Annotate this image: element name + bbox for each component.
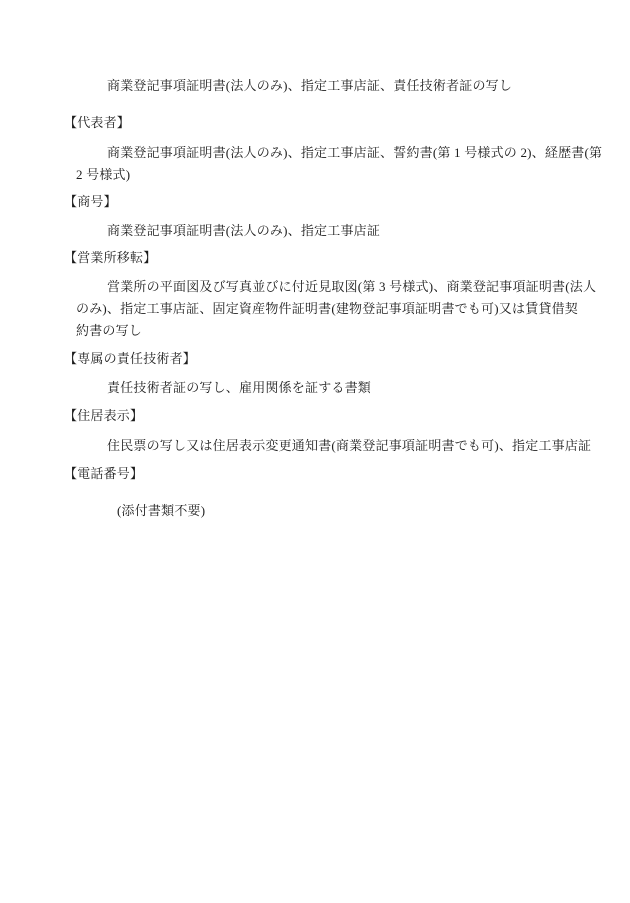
doc-line-body: 商業登記事項証明書(法人のみ)、指定工事店証	[64, 220, 590, 242]
doc-line-note: (添付書類不要)	[64, 500, 590, 522]
doc-line-body: 2 号様式)	[64, 164, 590, 186]
doc-line-body: のみ)、指定工事店証、固定資産物件証明書(建物登記事項証明書でも可)又は賃貸借契	[64, 298, 590, 320]
doc-heading: 【代表者】	[64, 112, 590, 134]
doc-line-body: 住民票の写し又は住居表示変更通知書(商業登記事項証明書でも可)、指定工事店証	[64, 435, 590, 457]
doc-heading: 【住居表示】	[64, 405, 590, 427]
document-page: 商業登記事項証明書(法人のみ)、指定工事店証、責任技術者証の写し 【代表者】 商…	[0, 0, 630, 903]
doc-line-body: 商業登記事項証明書(法人のみ)、指定工事店証、誓約書(第 1 号様式の 2)、経…	[64, 142, 590, 164]
doc-heading: 【商号】	[64, 191, 590, 213]
doc-line-body: 営業所の平面図及び写真並びに付近見取図(第 3 号様式)、商業登記事項証明書(法…	[64, 276, 590, 298]
doc-line-body: 商業登記事項証明書(法人のみ)、指定工事店証、責任技術者証の写し	[64, 75, 590, 97]
doc-line-body: 責任技術者証の写し、雇用関係を証する書類	[64, 377, 590, 399]
doc-heading: 【専属の責任技術者】	[64, 348, 590, 370]
document-content: 商業登記事項証明書(法人のみ)、指定工事店証、責任技術者証の写し 【代表者】 商…	[0, 0, 630, 522]
doc-heading: 【営業所移転】	[64, 247, 590, 269]
doc-line-body: 約書の写し	[64, 320, 590, 342]
doc-heading: 【電話番号】	[64, 463, 590, 485]
